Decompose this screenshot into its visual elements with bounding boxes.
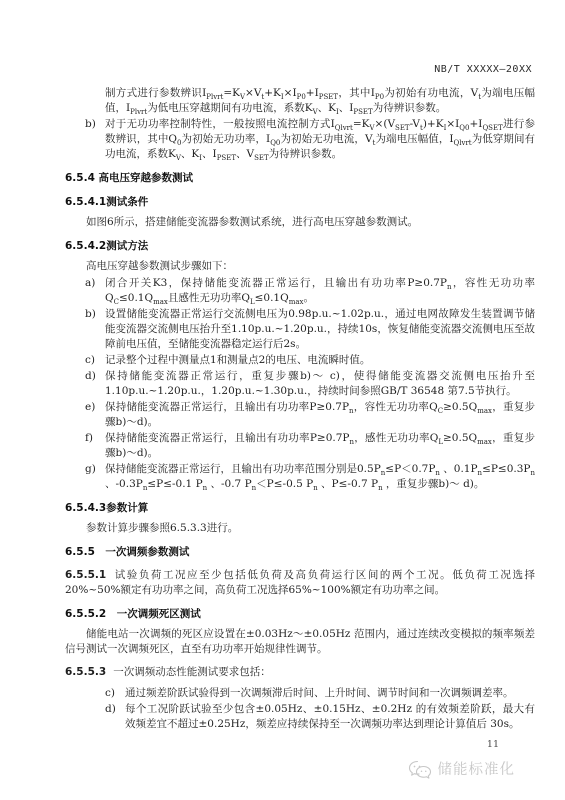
list-item-text: 每个工况阶跃试验至少包含±0.05Hz、±0.15Hz、±0.2Hz 的有效频差… xyxy=(125,702,535,732)
list-item-label: a) xyxy=(85,276,105,306)
paragraph-continuation-lvrt-active: 制方式进行参数辨识IPlvrt=KV×Vt+KI×IP0+IPSET，其中IP0… xyxy=(105,86,535,116)
list-item-d-step: d) 保持储能变流器正常运行，重复步骤b)～ c)，使得储能变流器交流侧电压抬升… xyxy=(65,369,535,399)
list-item-label: e) xyxy=(85,400,105,430)
page-number: 11 xyxy=(487,737,499,752)
heading-6-5-4-2-test-method: 6.5.4.2测试方法 xyxy=(65,239,535,254)
clause-text: 试验负荷工况应至少包括低负荷及高负荷运行区间的两个工况。低负荷工况选择20%~5… xyxy=(65,569,535,596)
list-item-text: 记录整个过程中测量点1和测量点2的电压、电流瞬时值。 xyxy=(105,353,535,368)
list-item-label: b) xyxy=(85,117,105,162)
clause-6-5-5-1: 6.5.5.1试验负荷工况应至少包括低负荷及高负荷运行区间的两个工况。低负荷工况… xyxy=(65,568,535,598)
para-test-condition: 如图6所示，搭建储能变流器参数测试系统，进行高电压穿越参数测试。 xyxy=(65,215,535,230)
list-item-text: 保持储能变流器正常运行，且输出有功功率P≥0.7Pn，容性无功功率QC≥0.5Q… xyxy=(105,400,535,430)
document-body: 制方式进行参数辨识IPlvrt=KV×Vt+KI×IP0+IPSET，其中IP0… xyxy=(65,86,535,733)
list-item-label: f) xyxy=(85,431,105,461)
list-item-g-step: g) 保持储能变流器正常运行，且输出有功功率范围分别是0.5Pn≤P＜0.7Pn… xyxy=(65,462,535,492)
clause-number: 6.5.5.1 xyxy=(65,569,106,581)
heading-6-5-5-primary-freq: 6.5.5 一次调频参数测试 xyxy=(65,545,535,560)
list-item-text: 保持储能变流器正常运行，且输出有功功率范围分别是0.5Pn≤P＜0.7Pn 、0… xyxy=(105,462,535,492)
clause-number: 6.5.5.3 xyxy=(65,666,106,678)
clause-6-5-5-3: 6.5.5.3一次调频动态性能测试要求包括： xyxy=(65,665,535,680)
list-item-text: 闭合开关K3，保持储能变流器正常运行，且输出有功功率P≥0.7Pn，容性无功功率… xyxy=(105,276,535,306)
clause-text: 一次调频动态性能测试要求包括： xyxy=(113,666,271,678)
list-item-a-step: a) 闭合开关K3，保持储能变流器正常运行，且输出有功功率P≥0.7Pn，容性无… xyxy=(65,276,535,306)
watermark-text: 储能标准化 xyxy=(438,763,516,778)
heading-6-5-4-1-test-condition: 6.5.4.1测试条件 xyxy=(65,195,535,210)
list-item-label: d) xyxy=(105,702,125,732)
list-item-f-step: f) 保持储能变流器正常运行，且输出有功功率P≥0.7Pn，感性无功功率QL≥0… xyxy=(65,431,535,461)
list-item-label: g) xyxy=(85,462,105,492)
list-item-text: 对于无功功率控制特性，一般按照电流控制方式IQlvrt=KV×(VSET-Vt)… xyxy=(105,117,535,162)
list-item-label: d) xyxy=(85,369,105,399)
heading-6-5-4-hvrt-test: 6.5.4 高电压穿越参数测试 xyxy=(65,171,535,186)
list-item-b-step: b) 设置储能变流器正常运行交流侧电压为0.98p.u.~1.02p.u.，通过… xyxy=(65,307,535,352)
list-item-label: c) xyxy=(105,686,125,701)
list-item-d-dynamic: d) 每个工况阶跃试验至少包含±0.05Hz、±0.15Hz、±0.2Hz 的有… xyxy=(65,702,535,732)
heading-6-5-5-2-deadband-test: 6.5.5.2 一次调频死区测试 xyxy=(65,607,535,622)
para-deadband: 储能电站一次调频的死区应设置在±0.03Hz～±0.05Hz 范围内，通过连续改… xyxy=(65,627,535,657)
list-item-text: 保持储能变流器正常运行，重复步骤b)～ c)，使得储能变流器交流侧电压抬升至1.… xyxy=(105,369,535,399)
list-item-label: b) xyxy=(85,307,105,352)
list-item-text: 通过频差阶跃试验得到一次调频滞后时间、上升时间、调节时间和一次调频调差率。 xyxy=(125,686,535,701)
doc-code-header: NB/T XXXXX—20XX xyxy=(434,62,532,77)
list-item-text: 设置储能变流器正常运行交流侧电压为0.98p.u.~1.02p.u.，通过电网故… xyxy=(105,307,535,352)
list-item-c-dynamic: c) 通过频差阶跃试验得到一次调频滞后时间、上升时间、调节时间和一次调频调差率。 xyxy=(65,686,535,701)
list-item-c-step: c) 记录整个过程中测量点1和测量点2的电压、电流瞬时值。 xyxy=(65,353,535,368)
para-steps-intro: 高电压穿越参数测试步骤如下： xyxy=(65,259,535,274)
list-item-e-step: e) 保持储能变流器正常运行，且输出有功功率P≥0.7Pn，容性无功功率QC≥0… xyxy=(65,400,535,430)
list-item-text: 保持储能变流器正常运行，且输出有功功率P≥0.7Pn，感性无功功率QL≥0.5Q… xyxy=(105,431,535,461)
wechat-icon xyxy=(408,760,432,780)
watermark: 储能标准化 xyxy=(408,760,516,780)
heading-6-5-4-3-param-calc: 6.5.4.3参数计算 xyxy=(65,501,535,516)
list-item-label: c) xyxy=(85,353,105,368)
document-page: NB/T XXXXX—20XX 制方式进行参数辨识IPlvrt=KV×Vt+KI… xyxy=(0,0,565,800)
list-item-b-lvrt-reactive: b) 对于无功功率控制特性，一般按照电流控制方式IQlvrt=KV×(VSET-… xyxy=(65,117,535,162)
para-param-calc: 参数计算步骤参照6.5.3.3进行。 xyxy=(65,521,535,536)
